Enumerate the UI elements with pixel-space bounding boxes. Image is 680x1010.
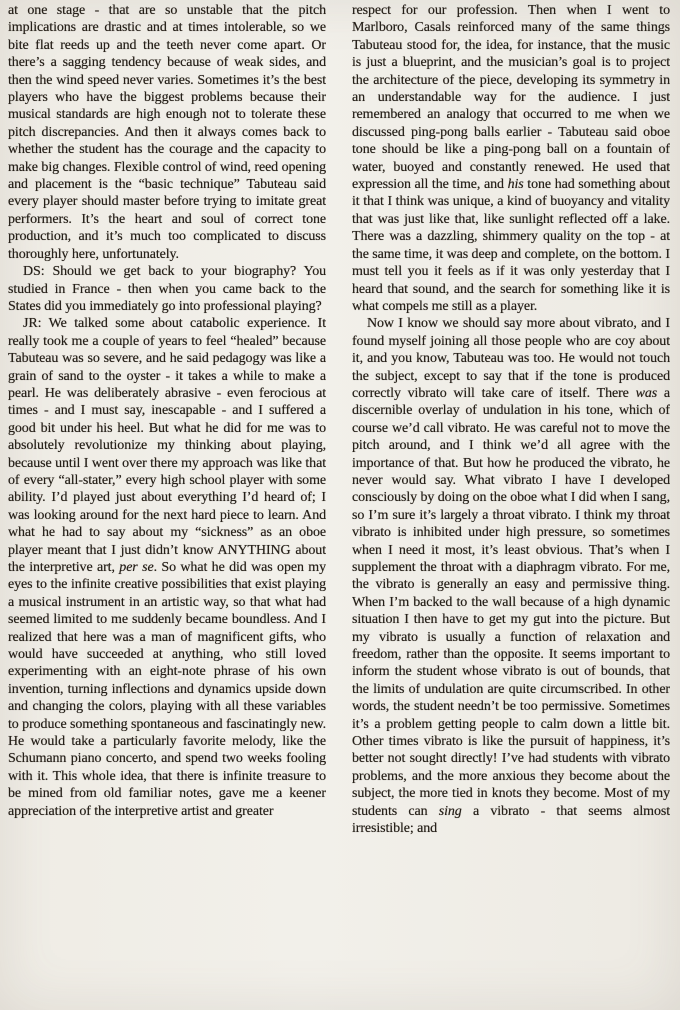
text-segment: . So what he did was open my eyes to the… bbox=[8, 560, 326, 819]
text-segment: at one stage - that are so unstable that… bbox=[8, 3, 326, 262]
text-column-left: at one stage - that are so unstable that… bbox=[8, 2, 326, 1010]
paragraph: at one stage - that are so unstable that… bbox=[8, 2, 326, 263]
text-segment: respect for our profession. Then when I … bbox=[352, 3, 670, 192]
article-page: at one stage - that are so unstable that… bbox=[0, 0, 680, 1010]
italic-text-segment: was bbox=[636, 386, 658, 401]
paragraph: Now I know we should say more about vibr… bbox=[352, 315, 670, 837]
italic-text-segment: sing bbox=[439, 804, 462, 819]
text-segment: JR: We talked some about catabolic exper… bbox=[8, 316, 326, 575]
text-segment: tone had something about it that I think… bbox=[352, 177, 670, 314]
text-segment: DS: Should we get back to your biography… bbox=[8, 264, 326, 314]
paragraph: JR: We talked some about catabolic exper… bbox=[8, 315, 326, 820]
italic-text-segment: his bbox=[508, 177, 524, 192]
text-segment: Now I know we should say more about vibr… bbox=[352, 316, 670, 401]
paragraph: respect for our profession. Then when I … bbox=[352, 2, 670, 315]
paragraph: DS: Should we get back to your biography… bbox=[8, 263, 326, 315]
italic-text-segment: per se bbox=[119, 560, 153, 575]
text-segment: a discernible overlay of undulation in h… bbox=[352, 386, 670, 819]
text-column-right: respect for our profession. Then when I … bbox=[352, 2, 670, 1010]
